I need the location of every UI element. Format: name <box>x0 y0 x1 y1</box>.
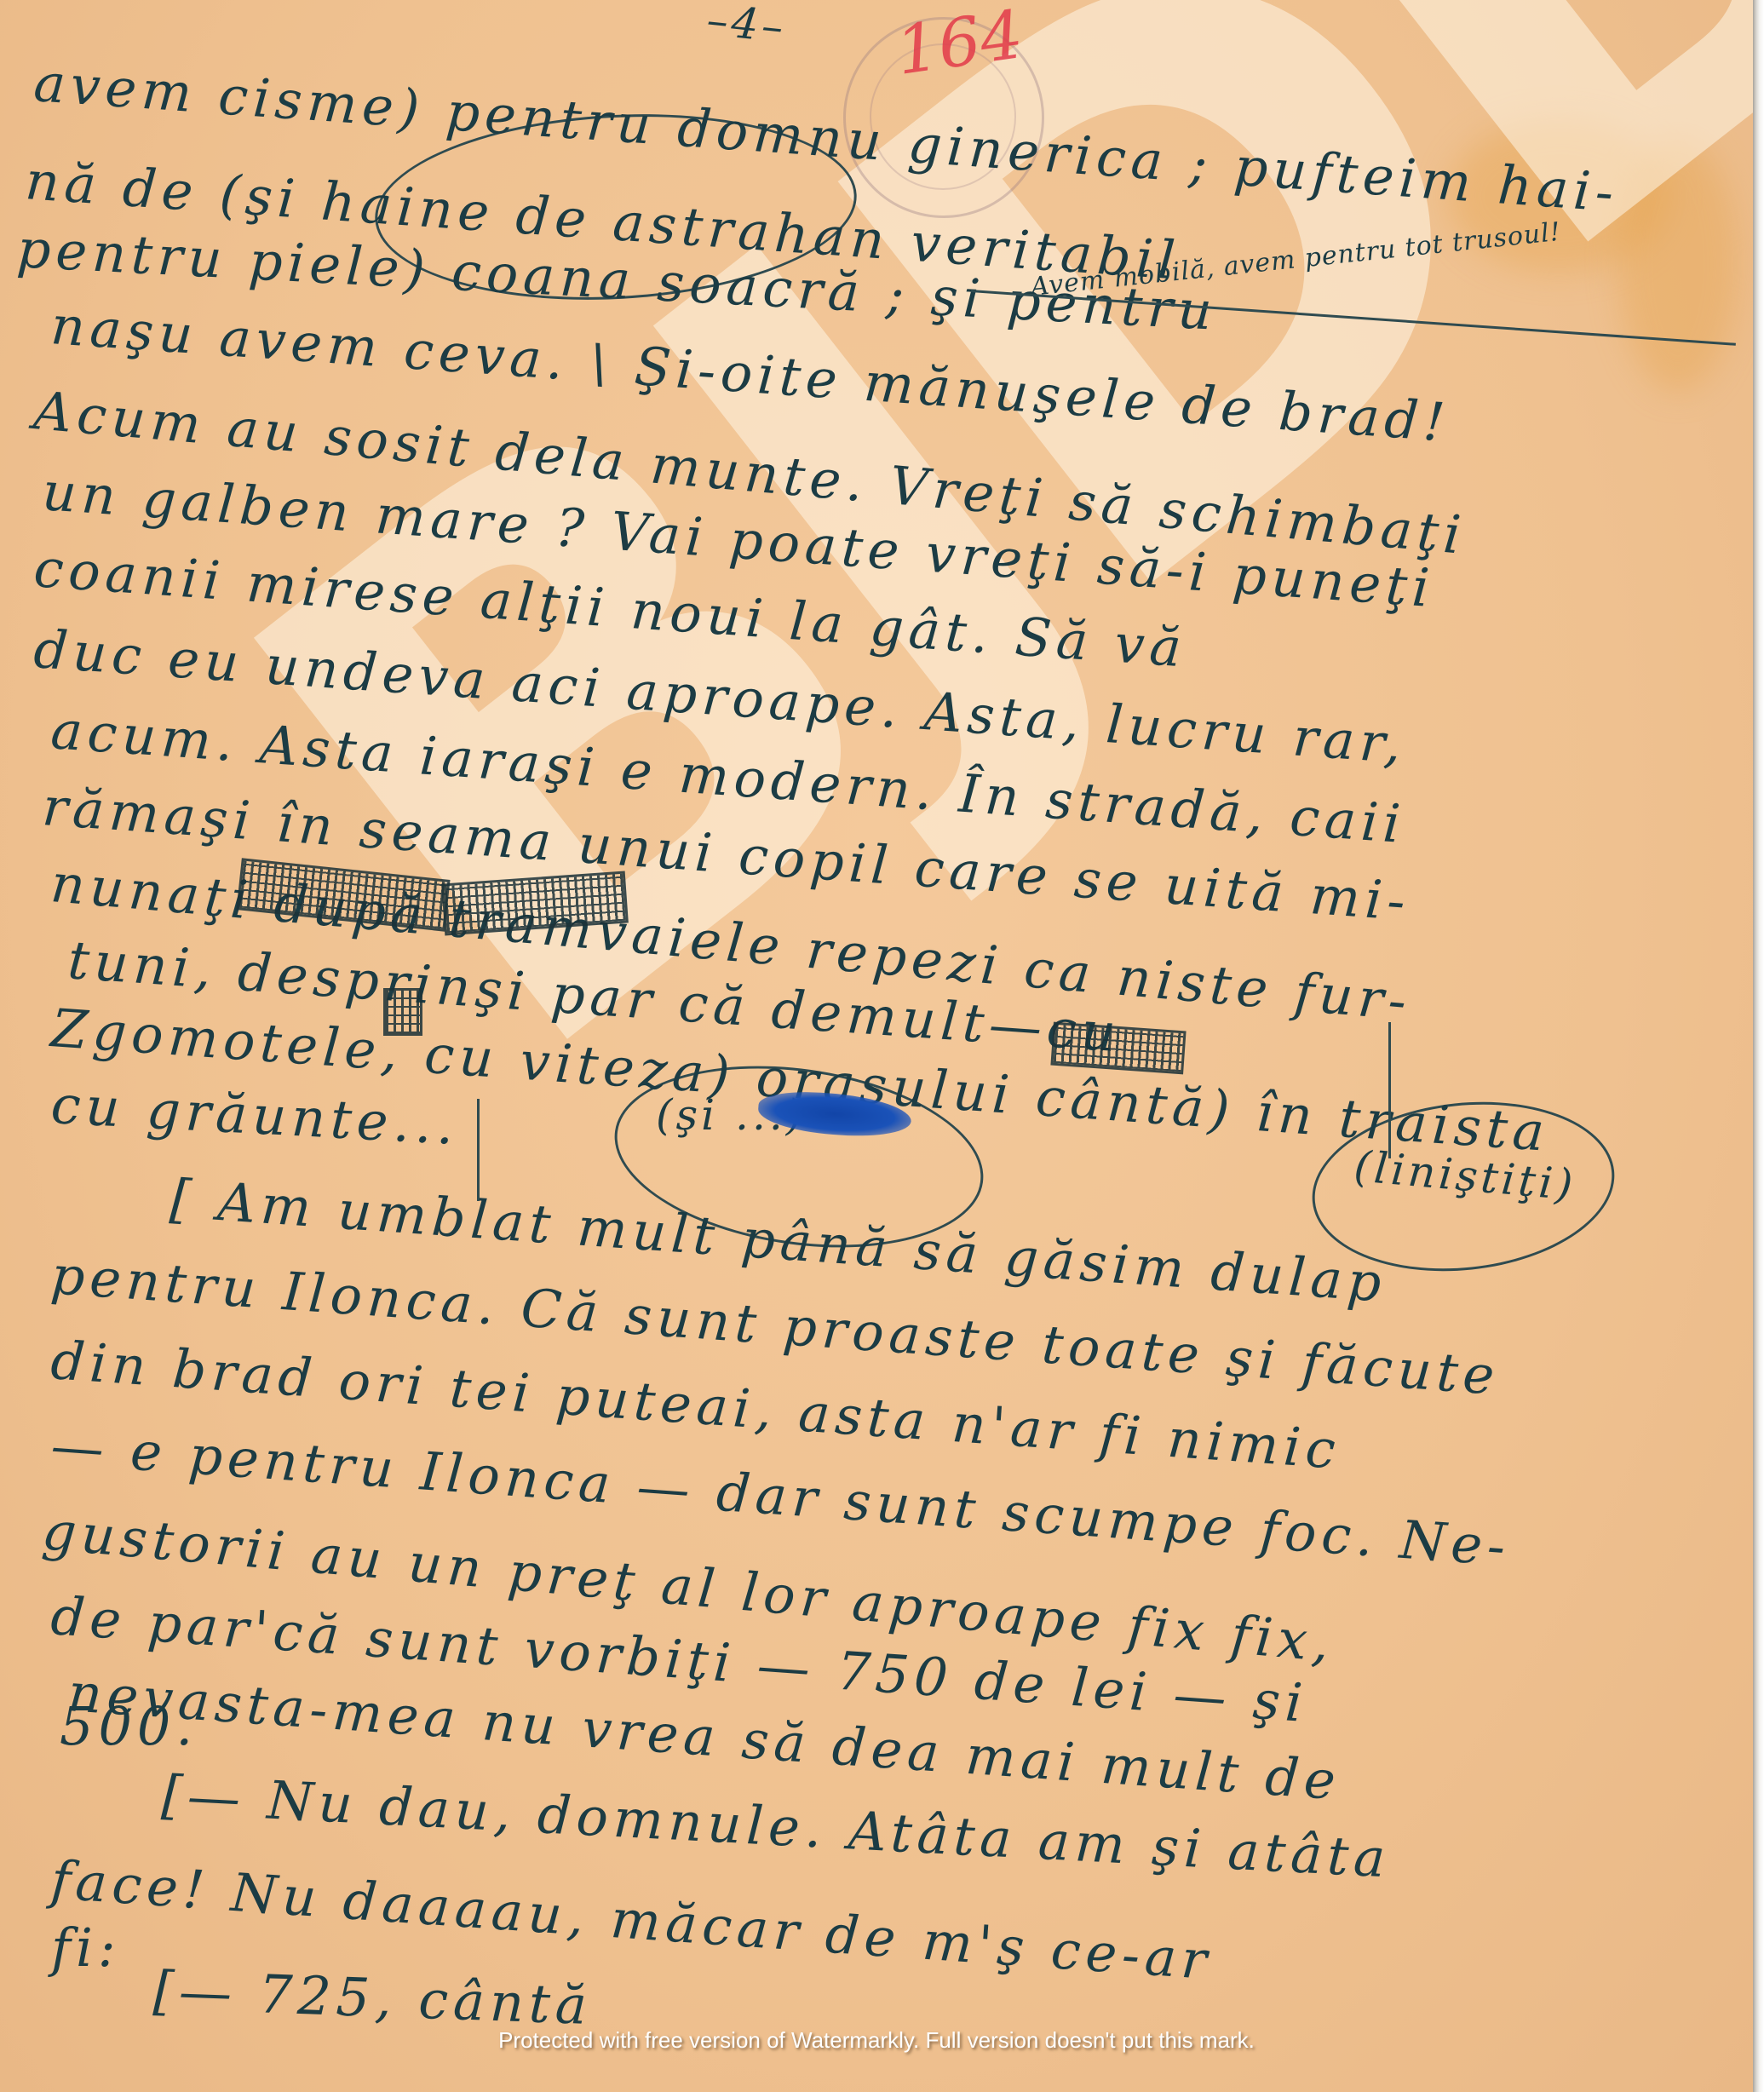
manuscript-line: [— 725, cântă <box>152 1959 593 2037</box>
insertion-line <box>477 1099 480 1201</box>
watermark-notice: Protected with free version of Watermark… <box>0 2027 1753 2054</box>
manuscript-line: cu grăunte... <box>49 1073 460 1157</box>
page-mark: –4– <box>704 0 789 53</box>
scan-edge <box>1753 0 1764 2092</box>
insertion-line <box>1388 1022 1391 1158</box>
crossed-out-word <box>1050 1022 1186 1075</box>
manuscript-line: 500. <box>60 1695 198 1757</box>
manuscript-line: fi: <box>51 1917 121 1979</box>
manuscript-page: BJDB 164 –4– avem cisme) pentru domnu gi… <box>0 0 1753 2092</box>
crossed-out-word <box>383 988 422 1036</box>
